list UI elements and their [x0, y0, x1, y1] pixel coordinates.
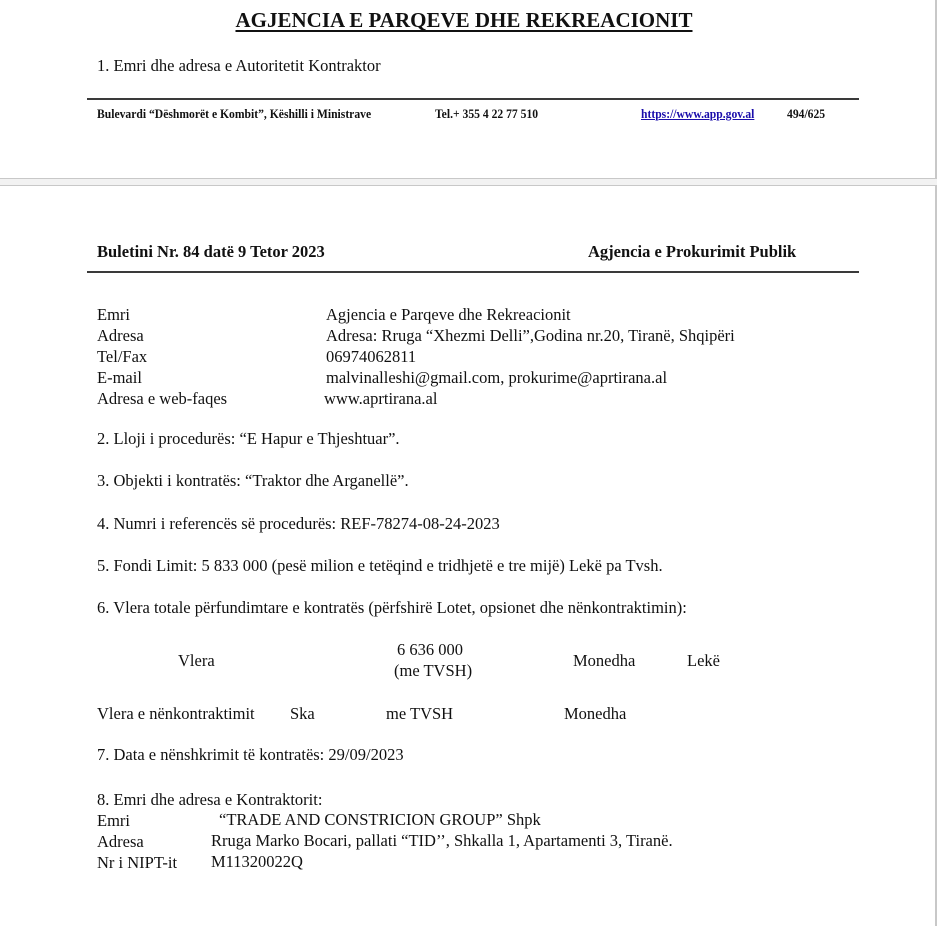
contractor-label: Emri — [97, 810, 177, 831]
footer-divider — [87, 98, 859, 100]
subcontract-vat-note: me TVSH — [386, 704, 453, 724]
document-page-1: AGJENCIA E PARQEVE DHE REKREACIONIT 1. E… — [0, 0, 937, 179]
authority-label: Tel/Fax — [97, 346, 227, 367]
authority-label: Adresa e web-faqes — [97, 388, 227, 409]
subcontract-label: Vlera e nënkontraktimit — [97, 704, 255, 724]
authority-address: Adresa: Rruga “Xhezmi Delli”,Godina nr.2… — [326, 325, 735, 346]
page-separator — [0, 179, 937, 186]
contract-object: 3. Objekti i kontratës: “Traktor dhe Arg… — [97, 471, 409, 491]
authority-values: Agjencia e Parqeve dhe Rekreacionit Adre… — [326, 304, 735, 409]
procedure-type: 2. Lloji i procedurës: “E Hapur e Thjesh… — [97, 429, 400, 449]
authority-label: Emri — [97, 304, 227, 325]
header-divider — [87, 271, 859, 273]
authority-label: Adresa — [97, 325, 227, 346]
authority-website: www.aprtirana.al — [324, 388, 735, 409]
authority-labels: Emri Adresa Tel/Fax E-mail Adresa e web-… — [97, 304, 227, 409]
authority-label: E-mail — [97, 367, 227, 388]
contractor-label: Nr i NIPT-it — [97, 852, 177, 873]
footer-website-link[interactable]: https://www.app.gov.al — [641, 107, 754, 122]
footer-address-text: Bulevardi “Dëshmorët e Kombit”, Këshilli… — [97, 107, 371, 121]
document-title: AGJENCIA E PARQEVE DHE REKREACIONIT — [0, 8, 928, 33]
contractor-labels: Emri Adresa Nr i NIPT-it — [97, 810, 177, 873]
bulletin-header: Buletini Nr. 84 datë 9 Tetor 2023 — [97, 242, 325, 262]
document-page-2: Buletini Nr. 84 datë 9 Tetor 2023 Agjenc… — [0, 186, 937, 926]
footer-page-number: 494/625 — [787, 107, 825, 122]
contractor-heading: 8. Emri dhe adresa e Kontraktorit: — [97, 789, 322, 810]
contractor-nipt: M11320022Q — [211, 852, 303, 872]
value-vat-note: (me TVSH) — [394, 661, 472, 681]
agency-header: Agjencia e Prokurimit Publik — [588, 242, 796, 262]
footer-address: Bulevardi “Dëshmorët e Kombit”, Këshilli… — [97, 107, 371, 122]
footer-phone: Tel.+ 355 4 22 77 510 — [435, 107, 538, 122]
authority-email: malvinalleshi@gmail.com, prokurime@aprti… — [326, 367, 735, 388]
authority-phone: 06974062811 — [326, 346, 735, 367]
total-value-heading: 6. Vlera totale përfundimtare e kontratë… — [97, 598, 687, 618]
subcontract-currency-label: Monedha — [564, 704, 626, 724]
contractor-name: “TRADE AND CONSTRICION GROUP” Shpk — [219, 810, 541, 830]
value-label: Vlera — [178, 651, 215, 671]
contractor-label: Adresa — [97, 831, 177, 852]
value-currency-label: Monedha — [573, 651, 635, 671]
reference-number: 4. Numri i referencës së procedurës: REF… — [97, 514, 500, 534]
signing-date: 7. Data e nënshkrimit të kontratës: 29/0… — [97, 745, 404, 765]
value-amount: 6 636 000 — [397, 640, 463, 660]
contractor-address: Rruga Marko Bocari, pallati “TID’’, Shka… — [211, 831, 673, 851]
section-1-heading: 1. Emri dhe adresa e Autoritetit Kontrak… — [97, 56, 381, 76]
limit-fund: 5. Fondi Limit: 5 833 000 (pesë milion e… — [97, 556, 663, 576]
value-currency: Lekë — [687, 651, 720, 671]
subcontract-value: Ska — [290, 704, 315, 724]
authority-name: Agjencia e Parqeve dhe Rekreacionit — [326, 304, 735, 325]
